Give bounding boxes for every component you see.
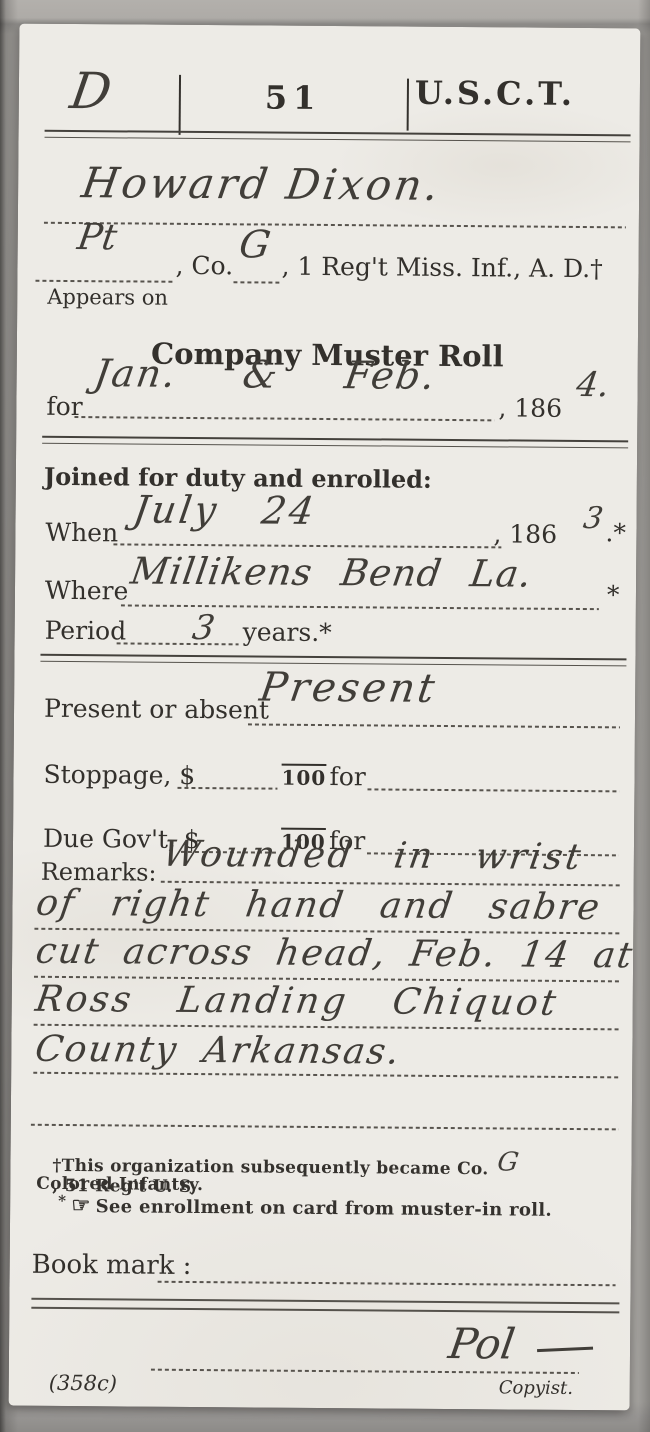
period-blank-line [117,642,239,645]
remarks-line-1-handwritten: Wounded in wrist [160,837,585,876]
where-blank-line [121,604,599,610]
remarks-line-5-handwritten: County Arkansas. [33,1032,404,1071]
present-value-handwritten: Present [257,668,440,709]
stoppage-for-label: for [329,764,365,791]
manicule-icon: ☞ [71,1192,90,1217]
blank-rule [31,1124,619,1131]
remarks-line-4-handwritten: Ross Landing Chiquot [33,982,561,1022]
where-value-handwritten: Millikens Bend La. [128,552,534,592]
present-label: Present or absent [44,696,269,724]
soldier-name-handwritten: Howard Dixon. [79,162,444,207]
stoppage-label: Stoppage, $ [43,762,195,789]
plate-number: (358c) [49,1372,117,1395]
signature-flourish-stroke [537,1347,593,1352]
asterisk-footnote-text: See enrollment on card from muster-in ro… [96,1196,553,1221]
when-asterisk: .* [605,520,626,546]
bottom-rule-lower [31,1307,619,1313]
section-double-rule-1 [42,436,628,449]
dagger-footnote-company-handwritten: G [496,1149,521,1175]
book-mark-blank-line [158,1281,616,1287]
asterisk-footnote: * ☞ See enrollment on card from muster-i… [58,1192,552,1221]
when-value-handwritten: July 24 [131,491,319,530]
asterisk-footnote-star: * [58,1192,66,1210]
when-year-prefix: , 186 [493,521,557,548]
company-letter-handwritten: G [237,225,273,263]
when-blank-line [113,543,501,548]
company-blank-line [233,281,279,283]
header-organization: U.S.C.T. [415,77,575,112]
copyist-signature-line [151,1369,579,1374]
header-regiment-number: 51 [265,82,322,116]
period-value-handwritten: 3 [190,611,217,645]
when-year-handwritten: 3 [581,504,605,534]
muster-period-handwritten: Jan. & Feb. [92,354,439,395]
muster-roll-card: D 51 U.S.C.T. Howard Dixon. Pt , Co. G ,… [9,24,641,1411]
copyist-signature-handwritten: Pol [446,1323,518,1365]
copyist-label: Copyist. [499,1379,573,1398]
header-divider-right [407,79,409,131]
remarks-line-2-handwritten: of right hand and sabre [34,886,604,926]
where-label: Where [45,578,129,605]
appears-on-label: Appears on [47,286,168,309]
header-company-letter-handwritten: D [67,66,115,116]
bottom-rule-upper [31,1298,619,1304]
for-year-handwritten: 4. [574,368,611,402]
present-blank-line [248,723,620,728]
book-mark-label: Book mark : [32,1252,192,1281]
unit-designation: , 1 Reg't Miss. Inf., A. D.† [281,254,602,283]
header-double-rule [45,130,631,143]
header-divider-left [179,75,181,135]
period-label: Period [45,618,127,645]
remarks-rule-5 [33,1072,619,1079]
remarks-line-3-handwritten: cut across head, Feb. 14 at [33,934,636,975]
soldier-rank-handwritten: Pt [75,220,119,256]
name-blank-line [44,222,626,229]
rank-blank-line [35,280,173,283]
when-label: When [45,520,118,547]
for-blank-line [74,416,494,421]
stoppage-reason-blank [367,788,619,792]
company-label: , Co. [175,253,233,280]
for-year-prefix: , 186 [498,395,562,422]
photo-background: D 51 U.S.C.T. Howard Dixon. Pt , Co. G ,… [0,0,650,1432]
period-years-label: years.* [243,619,332,646]
stoppage-cents: 100 [281,766,326,790]
where-asterisk: * [607,582,620,608]
